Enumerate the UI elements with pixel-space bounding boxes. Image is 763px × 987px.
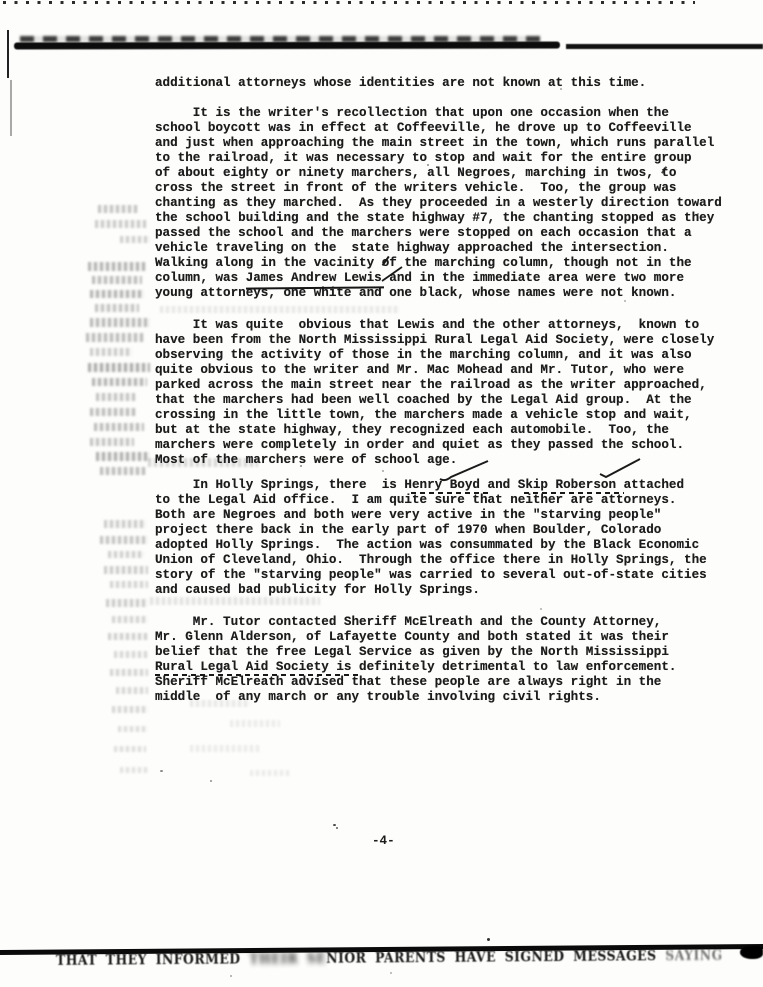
footer-text-segment: NIOR PARENTS HAVE SIGNED MESSAGES (326, 947, 665, 966)
ink-speck (160, 770, 163, 772)
top-smudge-band-right (566, 44, 763, 49)
bleedthrough-mark (92, 276, 142, 284)
ink-speck (697, 213, 699, 215)
bleedthrough-mark (90, 318, 150, 327)
underline-henry-boyd (411, 492, 488, 494)
ink-speck (382, 470, 384, 472)
underline-skip-roberson (524, 492, 624, 494)
paragraph-5: Mr. Tutor contacted Sheriff McElreath an… (155, 615, 676, 705)
bleedthrough-mark (104, 566, 148, 574)
ink-speck (336, 827, 338, 829)
bleedthrough-mark (120, 767, 148, 773)
bleedthrough-mark (108, 633, 148, 640)
bleedthrough-mark (108, 551, 144, 558)
bleedthrough-mark (95, 220, 147, 228)
bleedthrough-mark (86, 333, 144, 342)
bleedthrough-mark (88, 363, 150, 372)
bleedthrough-mark (112, 706, 148, 713)
scanned-document-page: additional attorneys whose identities ar… (0, 0, 763, 987)
footer-text-segment: THAT THEY INFORMED (56, 950, 249, 968)
ink-speck (427, 164, 429, 166)
ink-speck (230, 975, 232, 977)
bleedthrough-mark (88, 262, 146, 271)
left-edge-mark (7, 30, 9, 78)
underline-rural-legal-aid-society (155, 674, 360, 676)
bleedthrough-mark (148, 458, 258, 467)
ink-speck (624, 300, 626, 302)
bleedthrough-mark (110, 669, 148, 676)
bleedthrough-mark (104, 520, 146, 528)
bleedthrough-mark (120, 236, 150, 243)
bleedthrough-mark (100, 536, 148, 544)
ink-speck (487, 938, 490, 941)
bleedthrough-mark (100, 467, 146, 475)
bleedthrough-mark (190, 700, 250, 707)
bleedthrough-mark (114, 746, 146, 752)
page-number: -4- (372, 834, 395, 849)
ink-speck (333, 824, 336, 826)
bleedthrough-mark (116, 687, 148, 694)
bleedthrough-mark (98, 205, 138, 213)
bleedthrough-mark (90, 408, 136, 416)
ink-speck (210, 780, 212, 782)
bleedthrough-mark (112, 616, 148, 623)
bleedthrough-mark (160, 306, 400, 313)
ink-speck (560, 88, 562, 90)
bleedthrough-mark (114, 651, 148, 658)
bleedthrough-mark (110, 581, 148, 588)
bleedthrough-mark (94, 423, 144, 431)
bleedthrough-mark (250, 770, 290, 776)
bleedthrough-mark (96, 393, 136, 401)
bleedthrough-mark (118, 726, 148, 732)
ink-blob (740, 946, 763, 959)
ink-speck (540, 608, 542, 610)
paragraph-3: It was quite obvious that Lewis and the … (155, 318, 714, 468)
ink-speck (300, 465, 302, 467)
checkmark-roberson-icon (596, 455, 644, 480)
paragraph-4: In Holly Springs, there is Henry Boyd an… (155, 478, 707, 598)
bleedthrough-mark (230, 720, 280, 727)
perforation-dots (3, 1, 695, 4)
paragraph-1: additional attorneys whose identities ar… (155, 76, 646, 91)
bleedthrough-mark (95, 304, 139, 312)
footer-text-segment: THEIR SE (249, 950, 326, 967)
bleedthrough-mark (90, 348, 132, 356)
footer-text-segment: SAYING (665, 947, 723, 964)
footer-strip: THAT THEY INFORMED THEIR SENIOR PARENTS … (0, 940, 763, 987)
bleedthrough-mark (190, 745, 260, 752)
bleedthrough-mark (90, 290, 144, 298)
ink-speck (390, 972, 392, 974)
paragraph-2: It is the writer's recollection that upo… (155, 106, 722, 301)
bleedthrough-mark (90, 438, 134, 446)
checkmark-boyd-icon (436, 458, 492, 485)
left-edge-faint-mark (10, 80, 12, 136)
bleedthrough-mark (106, 599, 148, 607)
tick-mark-lewis-icon (379, 264, 405, 284)
bleedthrough-mark (96, 452, 150, 461)
top-smudge-band-left (14, 42, 560, 50)
bleedthrough-mark (92, 378, 147, 386)
bleedthrough-mark (150, 597, 320, 605)
